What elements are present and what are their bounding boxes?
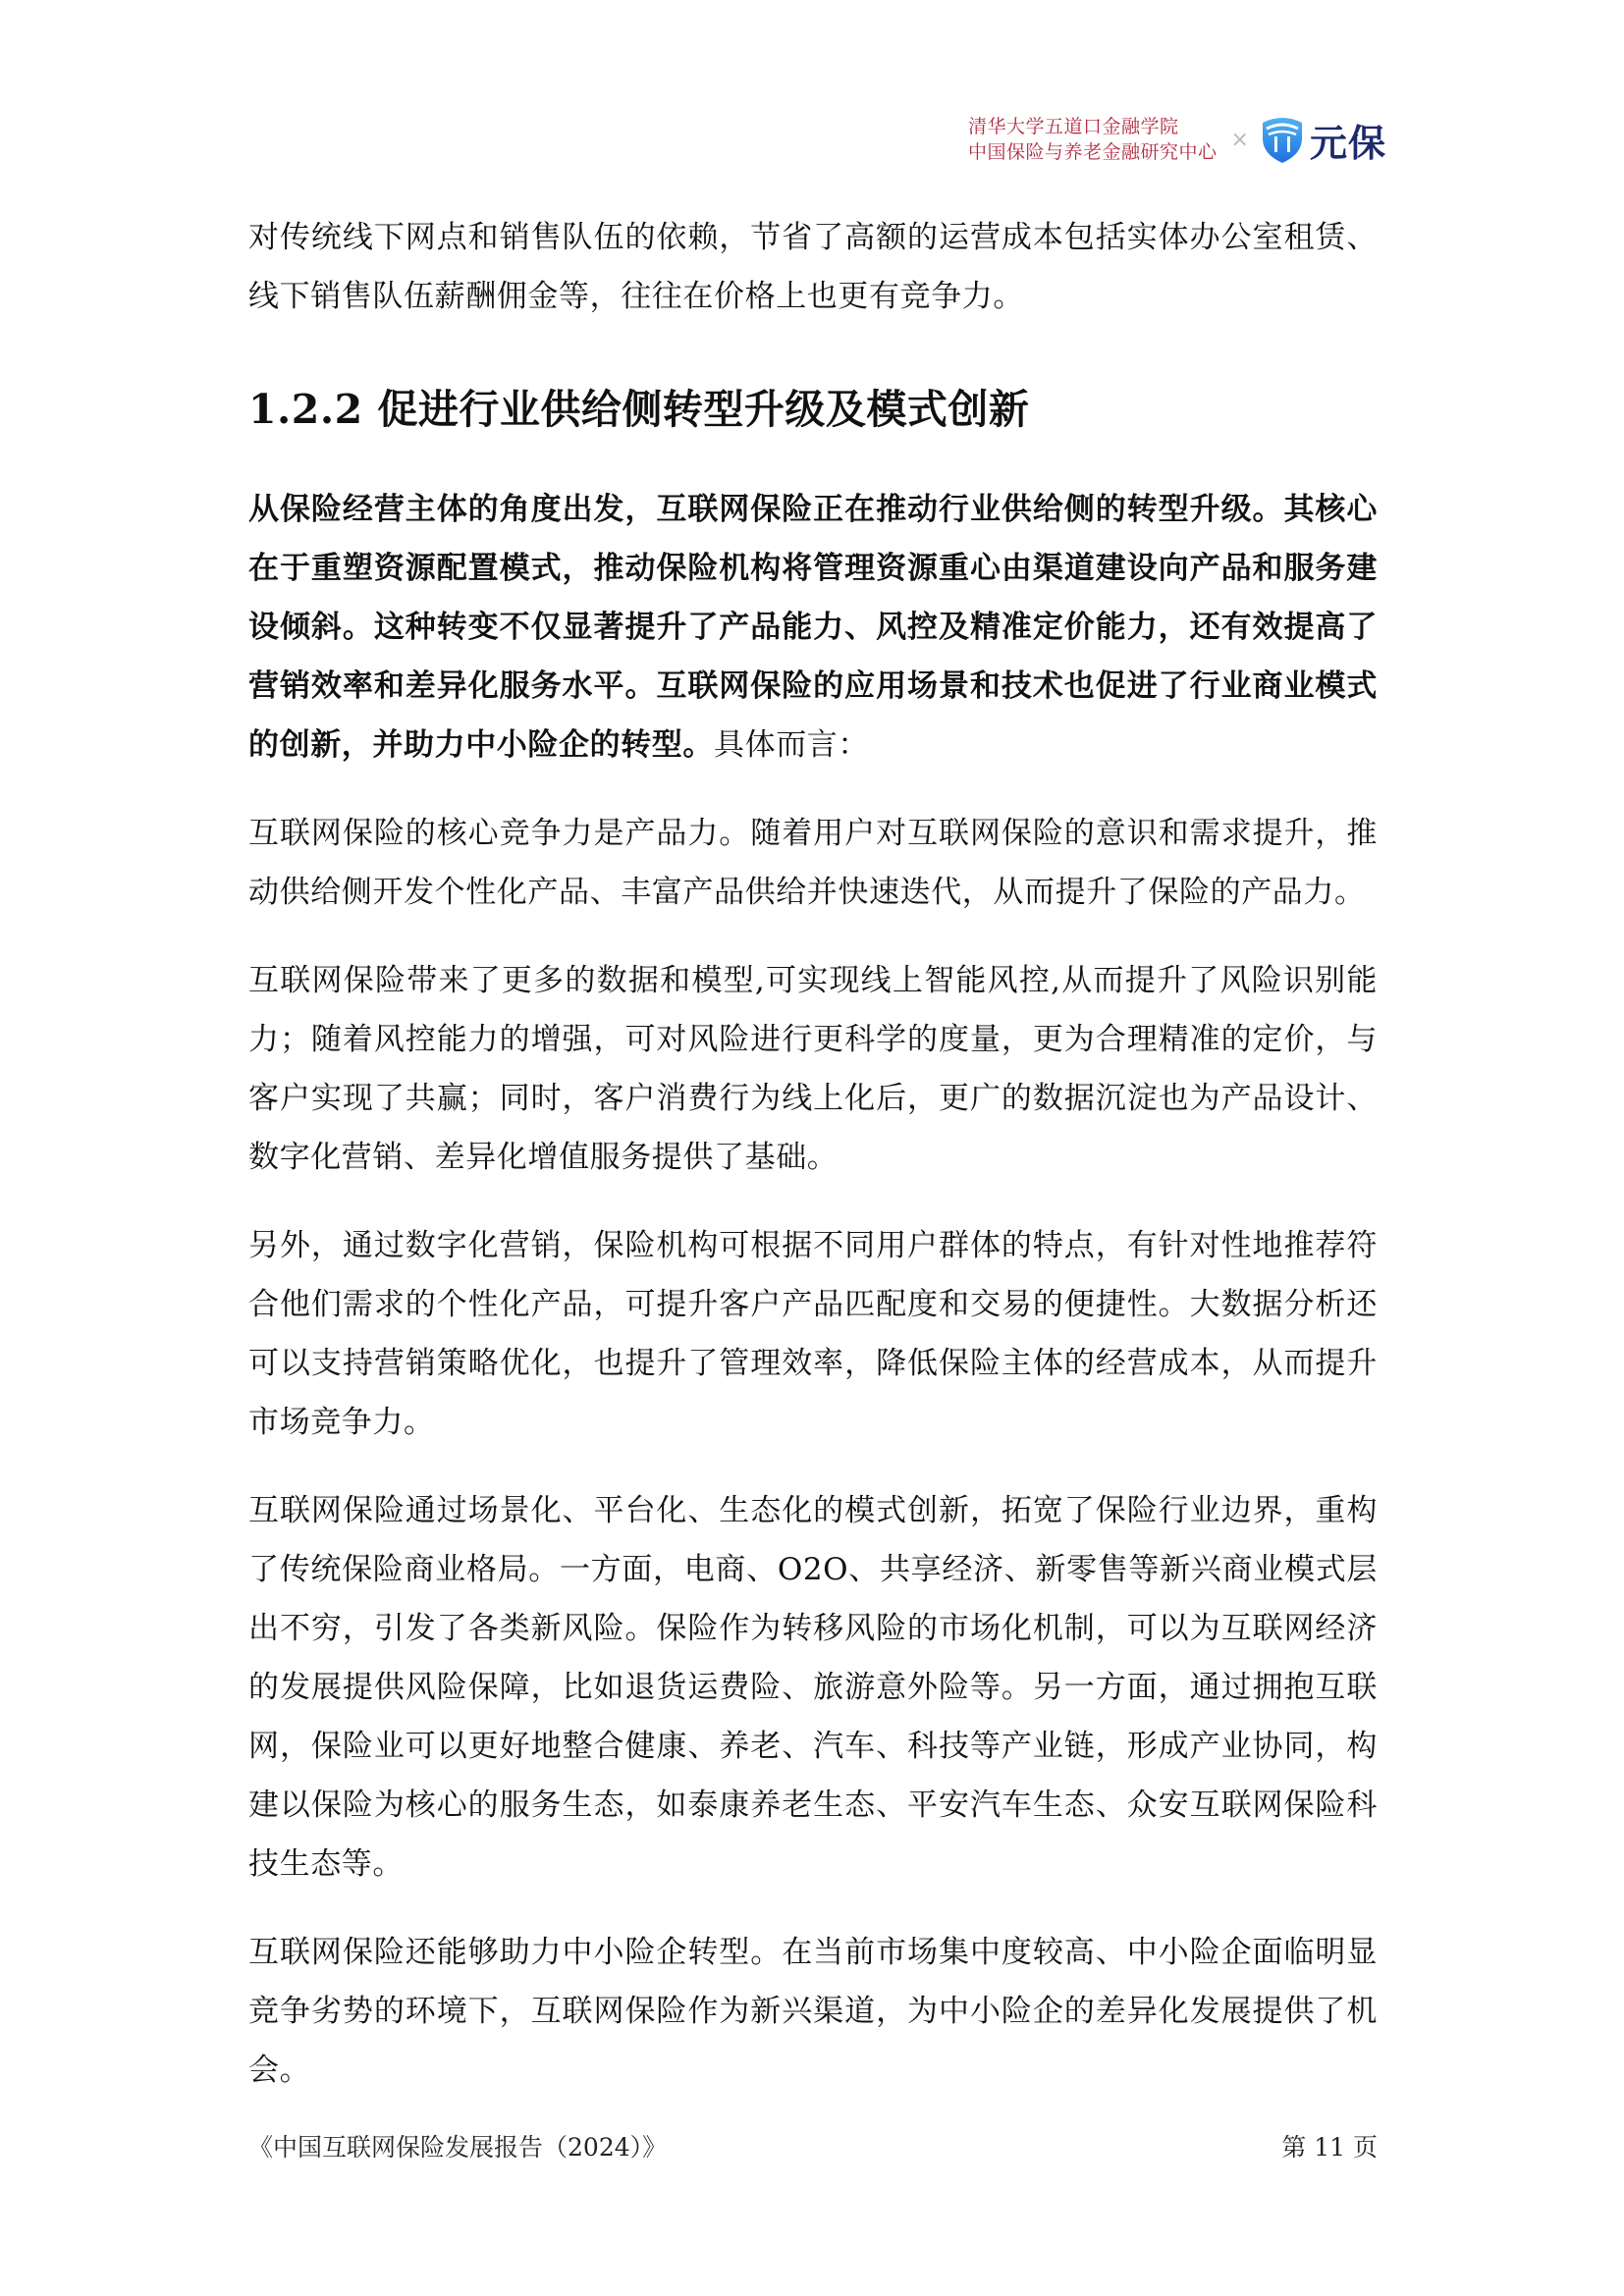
paragraph-digital-marketing: 另外，通过数字化营销，保险机构可根据不同用户群体的特点，有针对性地推荐符合他们需… — [248, 1216, 1378, 1452]
document-body: 对传统线下网点和销售队伍的依赖，节省了高额的运营成本包括实体办公室租赁、线下销售… — [248, 208, 1378, 2129]
institute-line-2: 中国保险与养老金融研究中心 — [968, 139, 1218, 165]
intro-paragraph: 对传统线下网点和销售队伍的依赖，节省了高额的运营成本包括实体办公室租赁、线下销售… — [248, 208, 1378, 326]
shield-logo-icon — [1261, 115, 1304, 164]
collaboration-separator: × — [1231, 128, 1249, 152]
summary-paragraph: 从保险经营主体的角度出发，互联网保险正在推动行业供给侧的转型升级。其核心在于重塑… — [248, 480, 1378, 774]
institute-name: 清华大学五道口金融学院 中国保险与养老金融研究中心 — [968, 114, 1218, 165]
report-title: 《中国互联网保险发展报告（2024）》 — [248, 2128, 667, 2163]
paragraph-small-insurers: 互联网保险还能够助力中小险企转型。在当前市场集中度较高、中小险企面临明显竞争劣势… — [248, 1923, 1378, 2100]
paragraph-product: 互联网保险的核心竞争力是产品力。随着用户对互联网保险的意识和需求提升，推动供给侧… — [248, 804, 1378, 922]
section-heading: 1.2.2 促进行业供给侧转型升级及模式创新 — [248, 380, 1378, 439]
summary-bold-text: 从保险经营主体的角度出发，互联网保险正在推动行业供给侧的转型升级。其核心在于重塑… — [248, 492, 1378, 763]
paragraph-risk-control: 互联网保险带来了更多的数据和模型,可实现线上智能风控,从而提升了风险识别能力；随… — [248, 951, 1378, 1187]
page-number: 第 11 页 — [1281, 2128, 1378, 2163]
page-header: 清华大学五道口金融学院 中国保险与养老金融研究中心 × 元保 — [968, 110, 1386, 169]
brand-name: 元保 — [1310, 113, 1386, 167]
page-footer: 《中国互联网保险发展报告（2024）》 第 11 页 — [248, 2128, 1378, 2163]
summary-tail-text: 具体而言： — [714, 727, 869, 763]
paragraph-model-innovation: 互联网保险通过场景化、平台化、生态化的模式创新，拓宽了保险行业边界，重构了传统保… — [248, 1481, 1378, 1894]
institute-line-1: 清华大学五道口金融学院 — [968, 114, 1218, 139]
